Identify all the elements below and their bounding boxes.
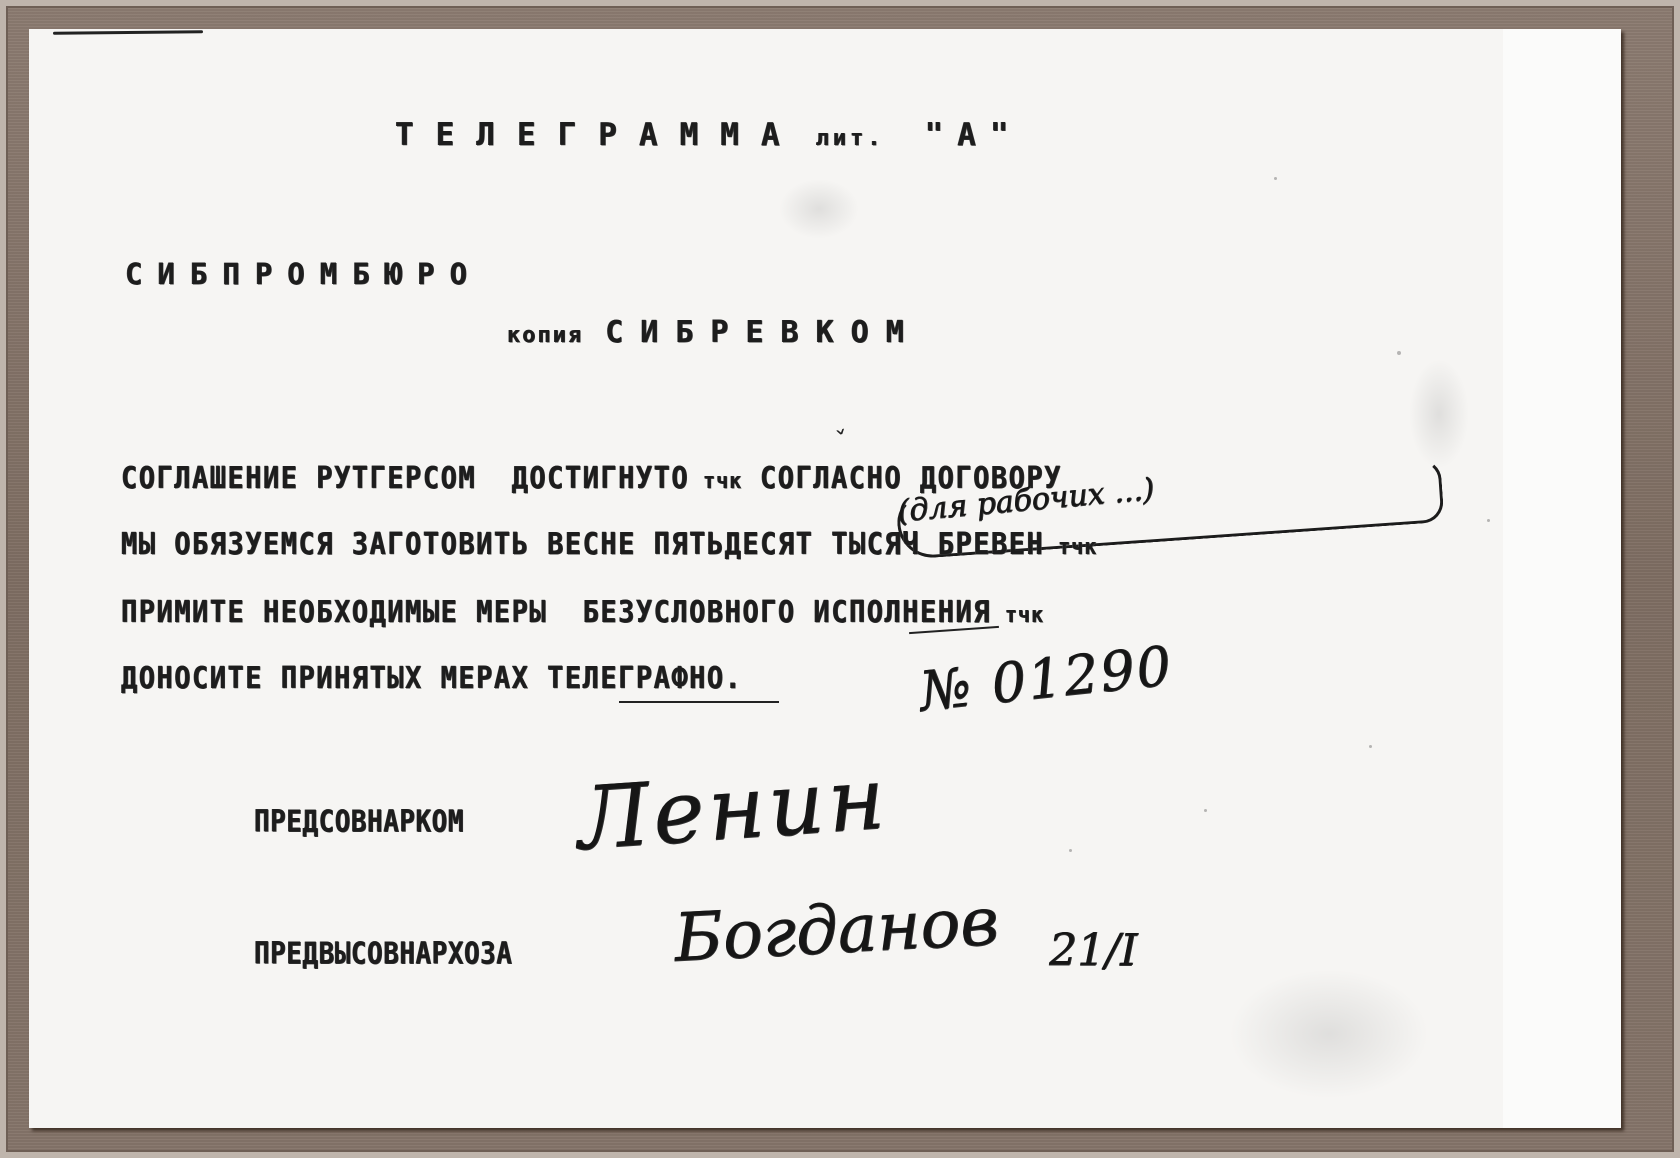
tchk-mark: тчк [1005,601,1044,628]
body-line-4: ДОНОСИТЕ ПРИНЯТЫХ МЕРАХ ТЕЛЕГРАФНО. [121,661,742,696]
handwritten-date: 21/I [1049,925,1137,976]
paper-speck [1069,849,1072,852]
telegram-title: ТЕЛЕГРАММАлит."А" [395,117,1023,153]
handwritten-check-mark: ˇ [833,426,853,458]
body-text: ПРИМИТЕ НЕОБХОДИМЫЕ МЕРЫ БЕЗУСЛОВНОГО ИС… [121,595,991,630]
body-line-1: СОГЛАШЕНИЕ РУТГЕРСОМ ДОСТИГНУТОтчк СОГЛА… [121,461,1062,496]
paper-speck [1487,519,1490,522]
lit-value: "А" [925,117,1023,153]
paper-speck [1204,809,1207,812]
title-word: ТЕЛЕГРАММА [395,117,802,153]
signature-lenin: Ленин [574,748,892,869]
paper-speck [1369,745,1372,748]
paper-speck [1397,351,1401,355]
tchk-mark: тчк [1058,533,1097,560]
tchk-mark: тчк [703,467,742,494]
top-edge-mark [53,30,203,35]
handwritten-underline [619,701,779,703]
paper-smudge [1229,969,1429,1099]
copy-label: копия [507,323,583,348]
signature-bogdanov: Богданов [672,883,1000,977]
paper-smudge [779,179,859,239]
signature-title-sovnarkom: ПРЕДСОВНАРКОМ [254,805,464,840]
recipient-primary: СИБПРОМБЮРО [125,257,482,291]
handwritten-registration-number: № 01290 [916,634,1175,723]
signature-title-vsnkh: ПРЕДВЫСОВНАРХОЗА [254,937,512,972]
body-line-3: ПРИМИТЕ НЕОБХОДИМЫЕ МЕРЫ БЕЗУСЛОВНОГО ИС… [121,595,1044,630]
body-text: МЫ ОБЯЗУЕМСЯ ЗАГОТОВИТЬ ВЕСНЕ ПЯТЬДЕСЯТ … [121,527,1044,562]
paper-speck [1274,177,1277,180]
paper-smudge [1409,359,1469,469]
body-line-2: МЫ ОБЯЗУЕМСЯ ЗАГОТОВИТЬ ВЕСНЕ ПЯТЬДЕСЯТ … [121,527,1097,562]
copy-recipient: СИБРЕВКОМ [605,315,921,350]
paper-margin-strip [1503,29,1621,1128]
lit-label: лит. [816,126,885,151]
telegram-document: ТЕЛЕГРАММАлит."А" СИБПРОМБЮРО копияСИБРЕ… [29,29,1621,1128]
recipient-copy: копияСИБРЕВКОМ [507,315,921,350]
body-text: СОГЛАШЕНИЕ РУТГЕРСОМ ДОСТИГНУТО [121,461,689,496]
